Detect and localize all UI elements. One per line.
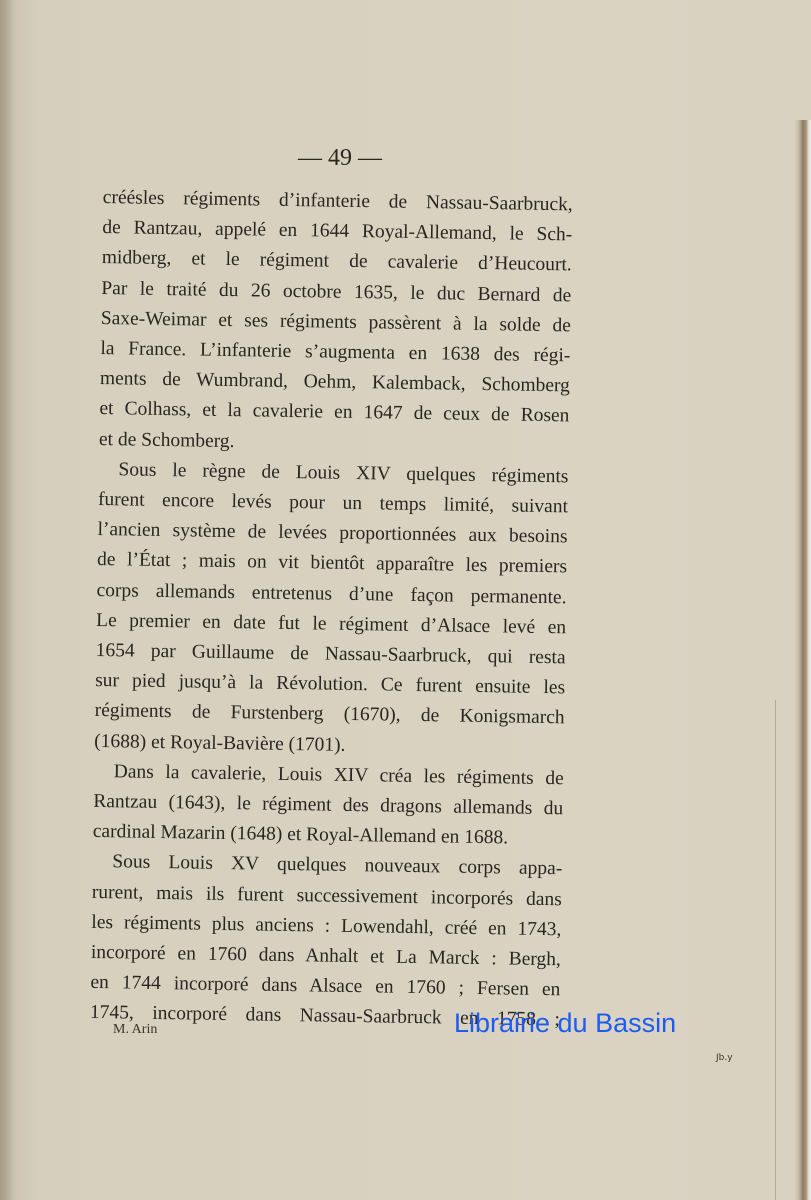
watermark-text: Librairie du Bassin (454, 1008, 676, 1039)
page-edge-line (775, 700, 776, 1200)
paragraph-2: Sous le règne de Louis XIV quelques régi… (94, 455, 569, 764)
gutter-shadow (0, 0, 14, 1200)
page-edge-stack (795, 120, 811, 1200)
margin-mark: Jb.y (716, 1053, 733, 1063)
paragraph-1: créésles régiments d’infanterie de Nassa… (99, 183, 573, 462)
printer-signature: M. Arin (113, 1022, 157, 1038)
body-text: créésles régiments d’infanterie de Nassa… (90, 183, 573, 1036)
page-number: — 49 — (0, 145, 680, 172)
book-page: — 49 — créésles régiments d’infanterie d… (0, 0, 811, 1200)
paragraph-3: Dans la cavalerie, Louis XIV créa les ré… (93, 757, 564, 855)
